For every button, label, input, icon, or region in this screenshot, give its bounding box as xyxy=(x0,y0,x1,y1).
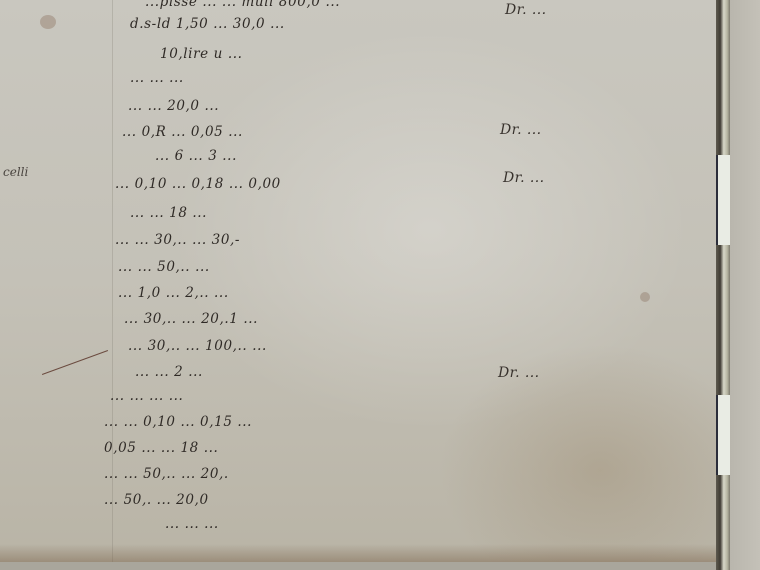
text-line: ... ... 30,.. ... 30,- xyxy=(115,232,240,248)
text-line: ... ... 0,10 ... 0,15 ... xyxy=(104,414,252,430)
text-line: ... 0,10 ... 0,18 ... 0,00 xyxy=(115,176,281,192)
text-line: 10,lire u ... xyxy=(160,46,243,62)
stain xyxy=(40,15,56,29)
text-line: ... 1,0 ... 2,.. ... xyxy=(118,285,229,301)
text-line: ... ... 18 ... xyxy=(130,205,207,221)
text-line: ... 0,R ... 0,05 ... xyxy=(122,124,243,140)
text-line: 0,05 ... ... 18 ... xyxy=(104,440,218,456)
text-line: ... 6 ... 3 ... xyxy=(155,148,237,164)
margin-mark xyxy=(42,350,108,375)
text-line: ... ... 50,.. ... 20,. xyxy=(104,466,229,482)
text-line: ... ... 2 ... xyxy=(135,364,203,380)
text-line: ... ... ... ... xyxy=(110,388,183,404)
signature: Dr. ... xyxy=(505,2,546,18)
stain xyxy=(640,292,650,302)
spine-tear xyxy=(716,395,730,475)
spine-tear xyxy=(716,155,730,245)
text-line: ... 50,. ... 20,0 xyxy=(104,492,209,508)
margin-note: celli xyxy=(3,165,28,179)
text-line: ... ... ... xyxy=(165,516,219,532)
text-line: ... ... 50,.. ... xyxy=(118,259,210,275)
book-spine xyxy=(716,0,730,570)
text-line: d.s-ld 1,50 ... 30,0 ... xyxy=(130,16,285,32)
signature: Dr. ... xyxy=(503,170,544,186)
text-line: ...pisse ... ... mull 800,0 ... xyxy=(145,0,340,10)
adjacent-page xyxy=(730,0,760,570)
signature: Dr. ... xyxy=(498,365,539,381)
signature: Dr. ... xyxy=(500,122,541,138)
text-line: ... ... ... xyxy=(130,70,184,86)
text-line: ... 30,.. ... 20,.1 ... xyxy=(124,311,258,327)
text-line: ... 30,.. ... 100,.. ... xyxy=(128,338,267,354)
ledger-page: celli ...pisse ... ... mull 800,0 ... d.… xyxy=(0,0,722,562)
text-line: ... ... 20,0 ... xyxy=(128,98,219,114)
